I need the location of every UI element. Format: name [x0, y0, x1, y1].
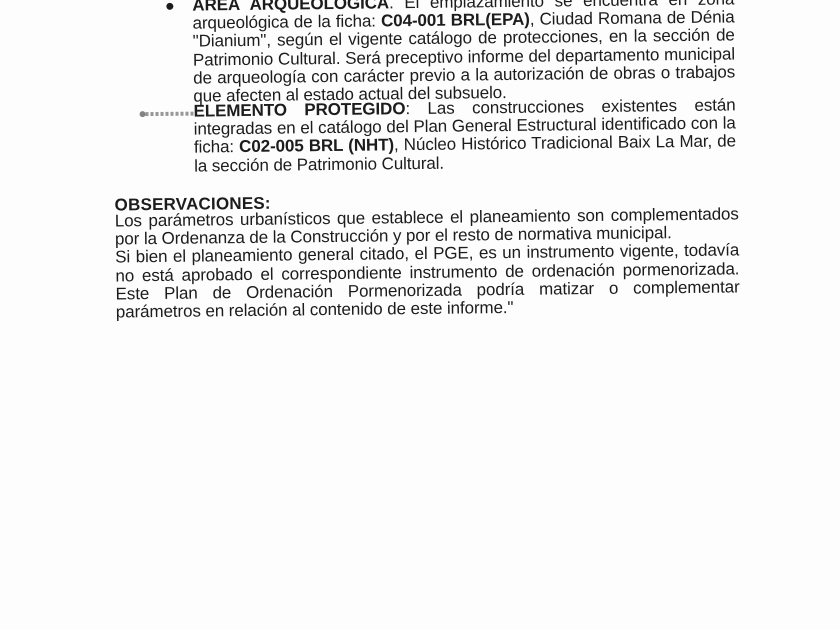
observaciones-paragraph-2: Si bien el planeamiento general citado, …	[115, 242, 740, 322]
pen-mark	[141, 112, 196, 117]
observaciones-body: Los parámetros urbanísticos que establec…	[115, 205, 740, 321]
page-content: ÁREA ARQUEOLÓGICA. El emplazamiento se e…	[0, 0, 840, 630]
scanned-page: ÁREA ARQUEOLÓGICA. El emplazamiento se e…	[0, 0, 840, 630]
elemento-protegido-paragraph: ELEMENTO PROTEGIDO: Las construcciones e…	[193, 96, 736, 175]
area-arqueologica-paragraph: ÁREA ARQUEOLÓGICA. El emplazamiento se e…	[192, 0, 735, 106]
bullet-icon	[166, 3, 173, 10]
